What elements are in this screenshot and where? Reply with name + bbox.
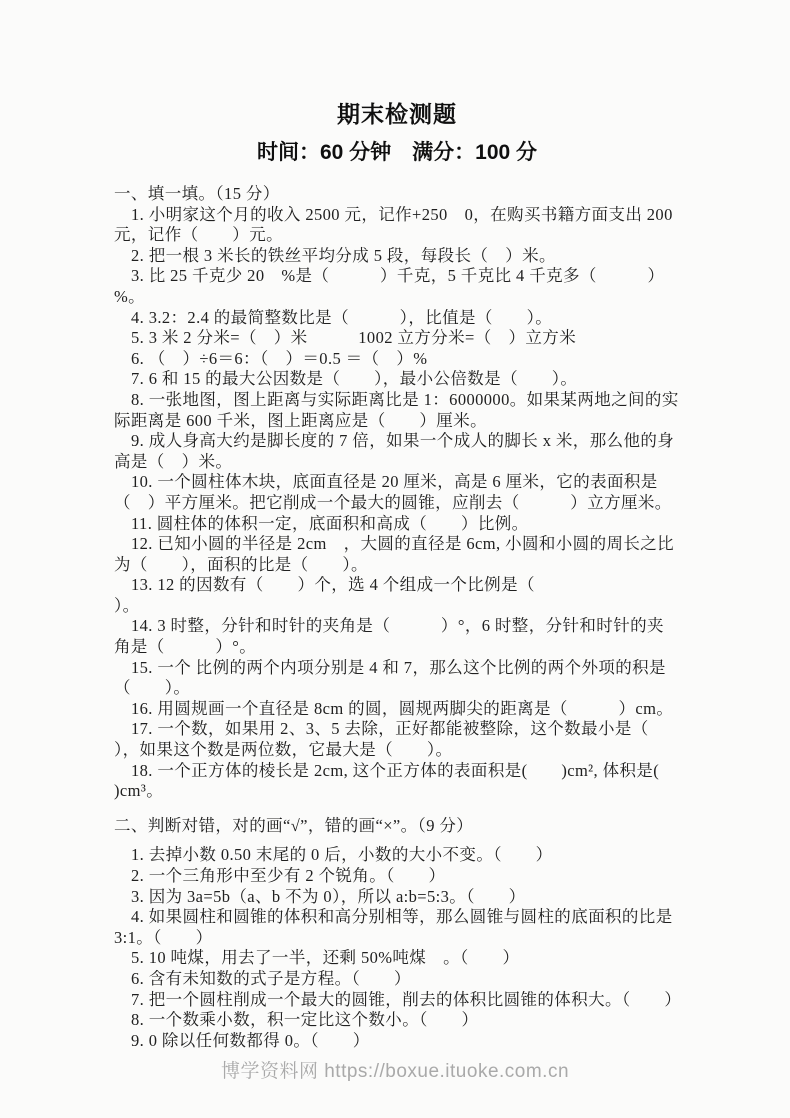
question-item: 10. 一个圆柱体木块，底面直径是 20 厘米，高是 6 厘米，它的表面积是（ … bbox=[114, 472, 680, 513]
question-item: 12. 已知小圆的半径是 2cm ，大圆的直径是 6cm, 小圆和小圆的周长之比… bbox=[114, 534, 680, 575]
question-item: 16. 用圆规画一个直径是 8cm 的圆，圆规两脚尖的距离是（ ）cm。 bbox=[114, 699, 680, 720]
question-item: 8. 一张地图，图上距离与实际距离比是 1：6000000。如果某两地之间的实际… bbox=[114, 390, 680, 431]
section-heading: 二、判断对错，对的画“√”，错的画“×”。（9 分） bbox=[114, 816, 680, 837]
question-item: 5. 10 吨煤，用去了一半，还剩 50%吨煤 。（ ） bbox=[114, 948, 680, 969]
question-item: 4. 如果圆柱和圆锥的体积和高分别相等，那么圆锥与圆柱的底面积的比是 3:1。（… bbox=[114, 907, 680, 948]
question-item: 11. 圆柱体的体积一定，底面积和高成（ ）比例。 bbox=[114, 514, 680, 535]
question-item: 14. 3 时整，分针和时针的夹角是（ ）°，6 时整，分针和时针的夹角是（ ）… bbox=[114, 616, 680, 657]
question-item: 6. （ ）÷6＝6：（ ）＝0.5 ＝（ ）% bbox=[114, 349, 680, 370]
question-item: 2. 把一根 3 米长的铁丝平均分成 5 段，每段长（ ）米。 bbox=[114, 246, 680, 267]
question-item: 18. 一个正方体的棱长是 2cm, 这个正方体的表面积是( )cm², 体积是… bbox=[114, 761, 680, 802]
question-item: 7. 把一个圆柱削成一个最大的圆锥，削去的体积比圆锥的体积大。（ ） bbox=[114, 990, 680, 1011]
watermark-text: 博学资料网 https://boxue.ituoke.com.cn bbox=[0, 1056, 790, 1083]
question-item: 5. 3 米 2 分米=（ ）米 1002 立方分米=（ ）立方米 bbox=[114, 328, 680, 349]
question-item: 13. 12 的因数有（ ）个，选 4 个组成一个比例是（ ）。 bbox=[114, 575, 680, 616]
question-item: 8. 一个数乘小数，积一定比这个数小。（ ） bbox=[114, 1010, 680, 1031]
question-item: 1. 小明家这个月的收入 2500 元，记作+250 0，在购买书籍方面支出 2… bbox=[114, 205, 680, 246]
question-item: 9. 0 除以任何数都得 0。（ ） bbox=[114, 1031, 680, 1052]
question-item: 3. 比 25 千克少 20 %是（ ）千克，5 千克比 4 千克多（ ）%。 bbox=[114, 266, 680, 307]
question-item: 7. 6 和 15 的最大公因数是（ ），最小公倍数是（ ）。 bbox=[114, 369, 680, 390]
exam-body: 一、填一填。（15 分）1. 小明家这个月的收入 2500 元，记作+250 0… bbox=[114, 184, 680, 1051]
question-item: 6. 含有未知数的式子是方程。（ ） bbox=[114, 969, 680, 990]
question-item: 1. 去掉小数 0.50 末尾的 0 后，小数的大小不变。（ ） bbox=[114, 845, 680, 866]
question-item: 4. 3.2：2.4 的最简整数比是（ ），比值是（ ）。 bbox=[114, 308, 680, 329]
page-title: 期末检测题 bbox=[114, 100, 680, 128]
question-item: 3. 因为 3a=5b（a、b 不为 0），所以 a:b=5:3。（ ） bbox=[114, 887, 680, 908]
exam-content: 期末检测题 时间：60 分钟 满分：100 分 一、填一填。（15 分）1. 小… bbox=[114, 100, 680, 1051]
question-item: 15. 一个 比例的两个内项分别是 4 和 7，那么这个比例的两个外项的积是（ … bbox=[114, 658, 680, 699]
exam-meta-line: 时间：60 分钟 满分：100 分 bbox=[114, 140, 680, 166]
exam-page: 期末检测题 时间：60 分钟 满分：100 分 一、填一填。（15 分）1. 小… bbox=[0, 0, 790, 1118]
question-item: 2. 一个三角形中至少有 2 个锐角。（ ） bbox=[114, 866, 680, 887]
exam-section-2: 二、判断对错，对的画“√”，错的画“×”。（9 分）1. 去掉小数 0.50 末… bbox=[114, 816, 680, 1052]
exam-section-1: 一、填一填。（15 分）1. 小明家这个月的收入 2500 元，记作+250 0… bbox=[114, 184, 680, 802]
question-item: 9. 成人身高大约是脚长度的 7 倍，如果一个成人的脚长 x 米，那么他的身高是… bbox=[114, 431, 680, 472]
section-heading: 一、填一填。（15 分） bbox=[114, 184, 680, 205]
question-item: 17. 一个数，如果用 2、3、5 去除，正好都能被整除，这个数最小是（ ），如… bbox=[114, 719, 680, 760]
